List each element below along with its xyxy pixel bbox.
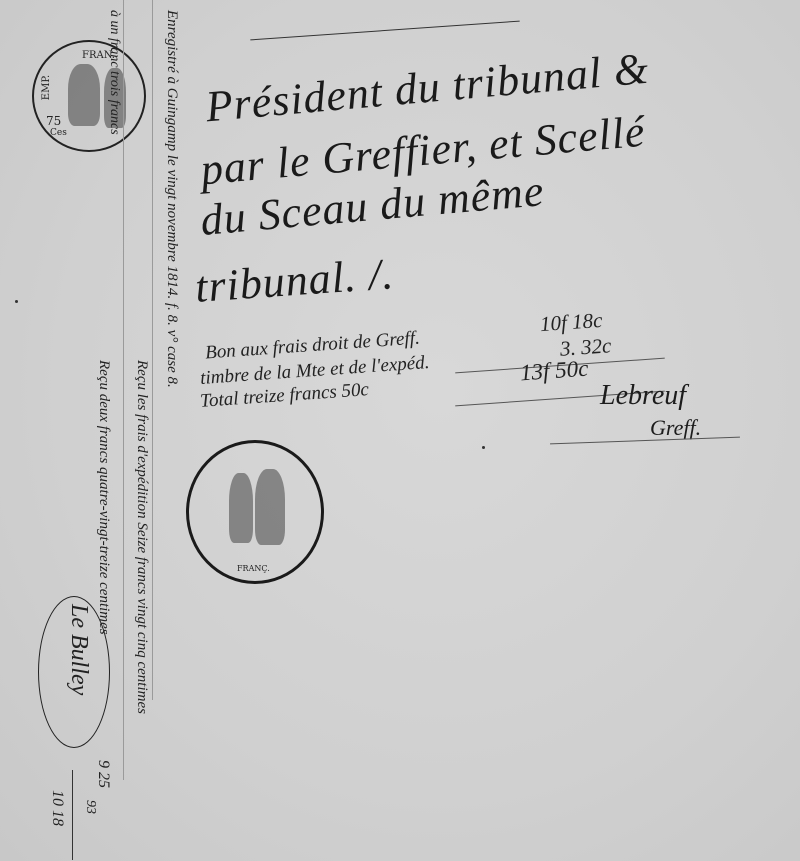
receiver-signature: Le Bulley: [65, 604, 92, 695]
court-seal-text: FRANÇ.: [237, 564, 270, 573]
signature-flourish: [550, 437, 740, 445]
fee-line-3-amount: 13f 50c: [519, 356, 589, 387]
margin-rule: [123, 0, 124, 780]
margin-note-registration: Enregistré à Guingamp le vingt novembre …: [163, 10, 180, 388]
tax-stamp-unit: Ces: [50, 128, 67, 138]
fee-line-1-amount: 10f 18c: [539, 308, 603, 337]
clerk-title: Greff.: [650, 415, 701, 441]
tally-mid: 93: [82, 800, 98, 814]
margin-note-short: à un franc trois francs: [106, 10, 122, 135]
tally-rule: [72, 770, 73, 860]
seated-figure-icon: [68, 64, 100, 126]
seal-figure-right-icon: [255, 469, 285, 545]
clerk-signature: Lebreuf: [600, 380, 686, 412]
tax-stamp: FRAN. EMP. 75 Ces: [32, 40, 146, 152]
seal-figure-left-icon: [229, 473, 253, 543]
document-page: FRAN. EMP. 75 Ces Enregistré à Guingamp …: [0, 0, 800, 861]
court-seal: FRANÇ.: [186, 440, 324, 584]
tally-total: 10 18: [48, 790, 66, 826]
main-text-line-4: tribunal. /.: [193, 248, 395, 313]
ink-spot: [482, 446, 485, 449]
margin-note-received: Reçu deux francs quatre-vingt-treize cen…: [95, 360, 112, 635]
tax-stamp-left-text: EMP.: [41, 75, 52, 100]
tally-top: 9 25: [94, 760, 112, 788]
margin-rule: [152, 0, 153, 700]
flourish-line: [250, 21, 519, 41]
ink-spot: [15, 300, 18, 303]
tax-stamp-value: 75: [46, 114, 61, 128]
margin-note-fees: Reçu les frais d'expédition Seize francs…: [133, 360, 150, 714]
